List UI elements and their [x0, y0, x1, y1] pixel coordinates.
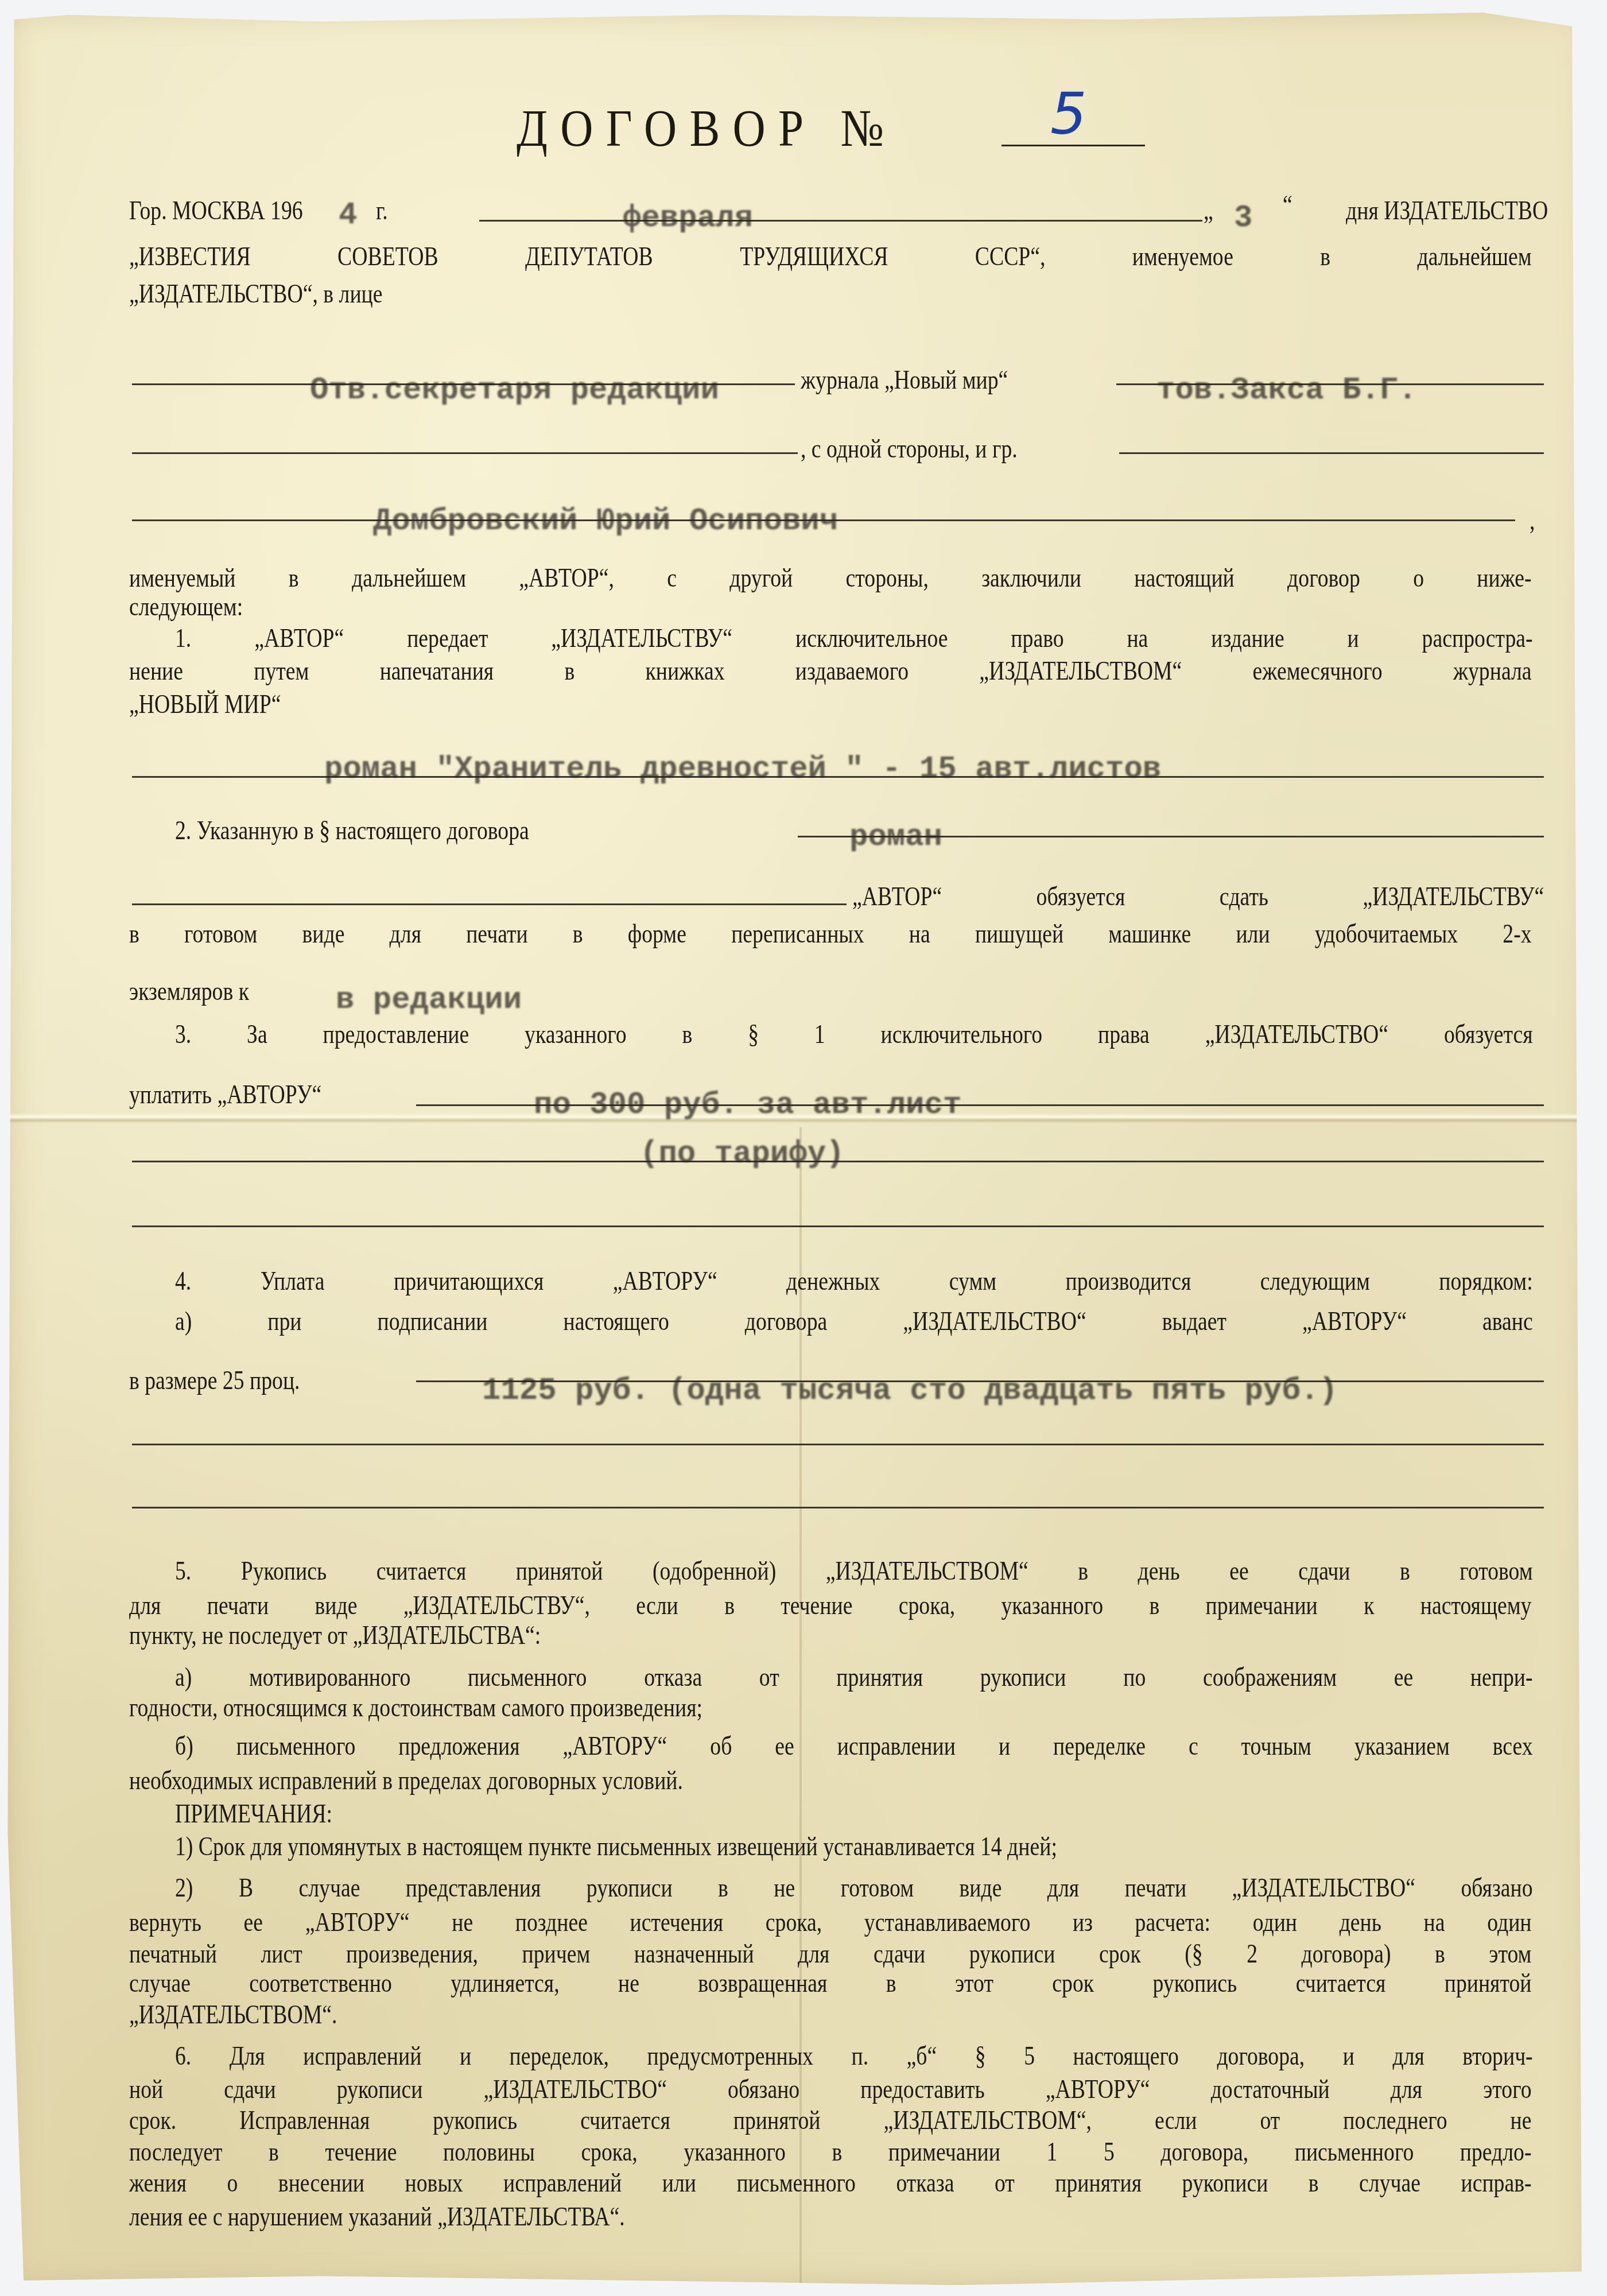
- note-2-line-4: случаесоответственноудлиняется,невозвращ…: [129, 1968, 1532, 1998]
- clause-1-line-3: „НОВЫЙ МИР“: [129, 689, 281, 719]
- typed-delivery-place: в редакции: [336, 983, 522, 1018]
- clause-1-line-2: нениепутемнапечатаниявкнижкахиздаваемого…: [129, 656, 1532, 686]
- publisher-label: дня ИЗДАТЕЛЬСТВО: [1346, 195, 1548, 226]
- page-title: ДОГОВОР №: [517, 98, 896, 158]
- typed-advance-amount: 1125 руб. (одна тысяча сто двадцать пять…: [482, 1374, 1338, 1409]
- typed-clause-2-work: роман: [849, 820, 942, 855]
- clause-5a-line-2: годности, относящимся к достоинствам сам…: [129, 1692, 702, 1723]
- journal-label: журнала „Новый мир“: [801, 364, 1008, 395]
- clause-2-blank-rule: [132, 903, 847, 905]
- blank-rule-3: [132, 1444, 1544, 1445]
- clause-2-line-4: экземляров к: [129, 976, 249, 1006]
- note-2-line-5: „ИЗДАТЕЛЬСТВОМ“.: [129, 1999, 337, 2030]
- clause-1-line-1: 1.„АВТОР“передает„ИЗДАТЕЛЬСТВУ“исключите…: [175, 623, 1533, 653]
- clause-5-line-2: дляпечативиде„ИЗДАТЕЛЬСТВУ“,есливтечение…: [129, 1590, 1532, 1620]
- day-close-quote: “: [1283, 189, 1292, 220]
- notes-heading: ПРИМЕЧАНИЯ:: [175, 1798, 332, 1829]
- citizen-rule: [1119, 452, 1544, 454]
- author-name-comma: ,: [1530, 505, 1535, 536]
- clause-4-line-2: а)приподписаниинастоящегодоговора„ИЗДАТЕ…: [175, 1306, 1533, 1336]
- handwritten-contract-number: 5: [1050, 80, 1087, 148]
- typed-work-title: роман "Хранитель древностей " - 15 авт.л…: [324, 752, 1161, 787]
- clause-6-line-2: нойсдачирукописи„ИЗДАТЕЛЬСТВО“обязанопре…: [129, 2074, 1532, 2104]
- blank-rule-4: [132, 1507, 1544, 1508]
- clause-5b-line-1: б)письменногопредложения„АВТОРУ“обееиспр…: [175, 1731, 1533, 1761]
- clause-4-line-1: 4.Уплатапричитающихся„АВТОРУ“денежныхсум…: [175, 1266, 1533, 1296]
- typed-rate: по 300 руб. за авт.лист: [534, 1088, 961, 1123]
- clause-5b-line-2: необходимых исправлений в пределах догов…: [129, 1765, 683, 1795]
- clause-2-line-1: 2. Указанную в § настоящего договора: [175, 815, 529, 846]
- typed-representative-name: тов.Закса Б.Г.: [1156, 373, 1417, 408]
- typed-author-name: Домбровский Юрий Осипович: [373, 504, 838, 539]
- clause-5-line-1: 5.Рукописьсчитаетсяпринятой(одобренной)„…: [175, 1556, 1533, 1586]
- clause-3-line-2: уплатить „АВТОРУ“: [129, 1079, 321, 1110]
- clause-6-line-3: срок.Исправленнаярукописьсчитаетсяпринят…: [129, 2105, 1532, 2135]
- year-g-label: г.: [376, 195, 388, 226]
- clause-6-line-5: женияовнесенииновыхисправленийилиписьмен…: [129, 2167, 1532, 2198]
- clause-3-line-1: 3.Запредоставлениеуказанногов§1исключите…: [175, 1019, 1533, 1049]
- publisher-represented-by: „ИЗДАТЕЛЬСТВО“, в лице: [129, 278, 383, 309]
- blank-rule: [132, 452, 798, 454]
- month-field-rule: [479, 220, 1202, 222]
- clause-5a-line-1: а)мотивированногописьменногоотказаотприн…: [175, 1662, 1533, 1692]
- typed-year-digit: 4: [339, 198, 357, 233]
- typed-day-field: 3: [1234, 201, 1252, 236]
- clause-2-line-2: „АВТОР“обязуетсясдать„ИЗДАТЕЛЬСТВУ“: [852, 881, 1544, 912]
- clause-6-line-6: ления ее с нарушением указаний „ИЗДАТЕЛЬ…: [129, 2201, 625, 2232]
- note-2-line-1: 2)Вслучаепредставлениярукописивнеготовом…: [175, 1872, 1533, 1903]
- note-1: 1) Срок для упомянутых в настоящем пункт…: [175, 1831, 1057, 1861]
- author-designation-text: именуемыйвдальнейшем„АВТОР“,сдругойсторо…: [129, 563, 1532, 593]
- following-text: следующем:: [129, 591, 243, 622]
- one-side-label: , с одной стороны, и гр.: [801, 433, 1018, 464]
- clause-4-line-3: в размере 25 проц.: [129, 1365, 300, 1395]
- note-2-line-2: вернутьее„АВТОРУ“непозднееистечениясрока…: [129, 1907, 1532, 1937]
- day-open-quote: „: [1204, 195, 1213, 226]
- typed-month-field: февраля: [623, 201, 753, 236]
- clause-5-line-3: пункту, не последует от „ИЗДАТЕЛЬСТВА“:: [129, 1620, 541, 1650]
- typed-representative-title: Отв.секретаря редакции: [310, 373, 719, 408]
- blank-rule-2: [132, 1225, 1544, 1227]
- note-2-line-3: печатныйлистпроизведения,причемназначенн…: [129, 1938, 1532, 1969]
- typed-rate-note: (по тарифу): [640, 1137, 844, 1172]
- clause-2-line-3: вготовомвидедляпечативформепереписанныхн…: [129, 918, 1532, 949]
- city-year-label: Гор. МОСКВА 196: [129, 195, 303, 226]
- clause-6-line-4: последуетвтечениеполовинысрока,указанног…: [129, 2136, 1532, 2167]
- publisher-full-name: „ИЗВЕСТИЯСОВЕТОВДЕПУТАТОВТРУДЯЩИХСЯСССР“…: [129, 241, 1532, 272]
- clause-6-line-1: 6.Дляисправленийипеределок,предусмотренн…: [175, 2041, 1533, 2071]
